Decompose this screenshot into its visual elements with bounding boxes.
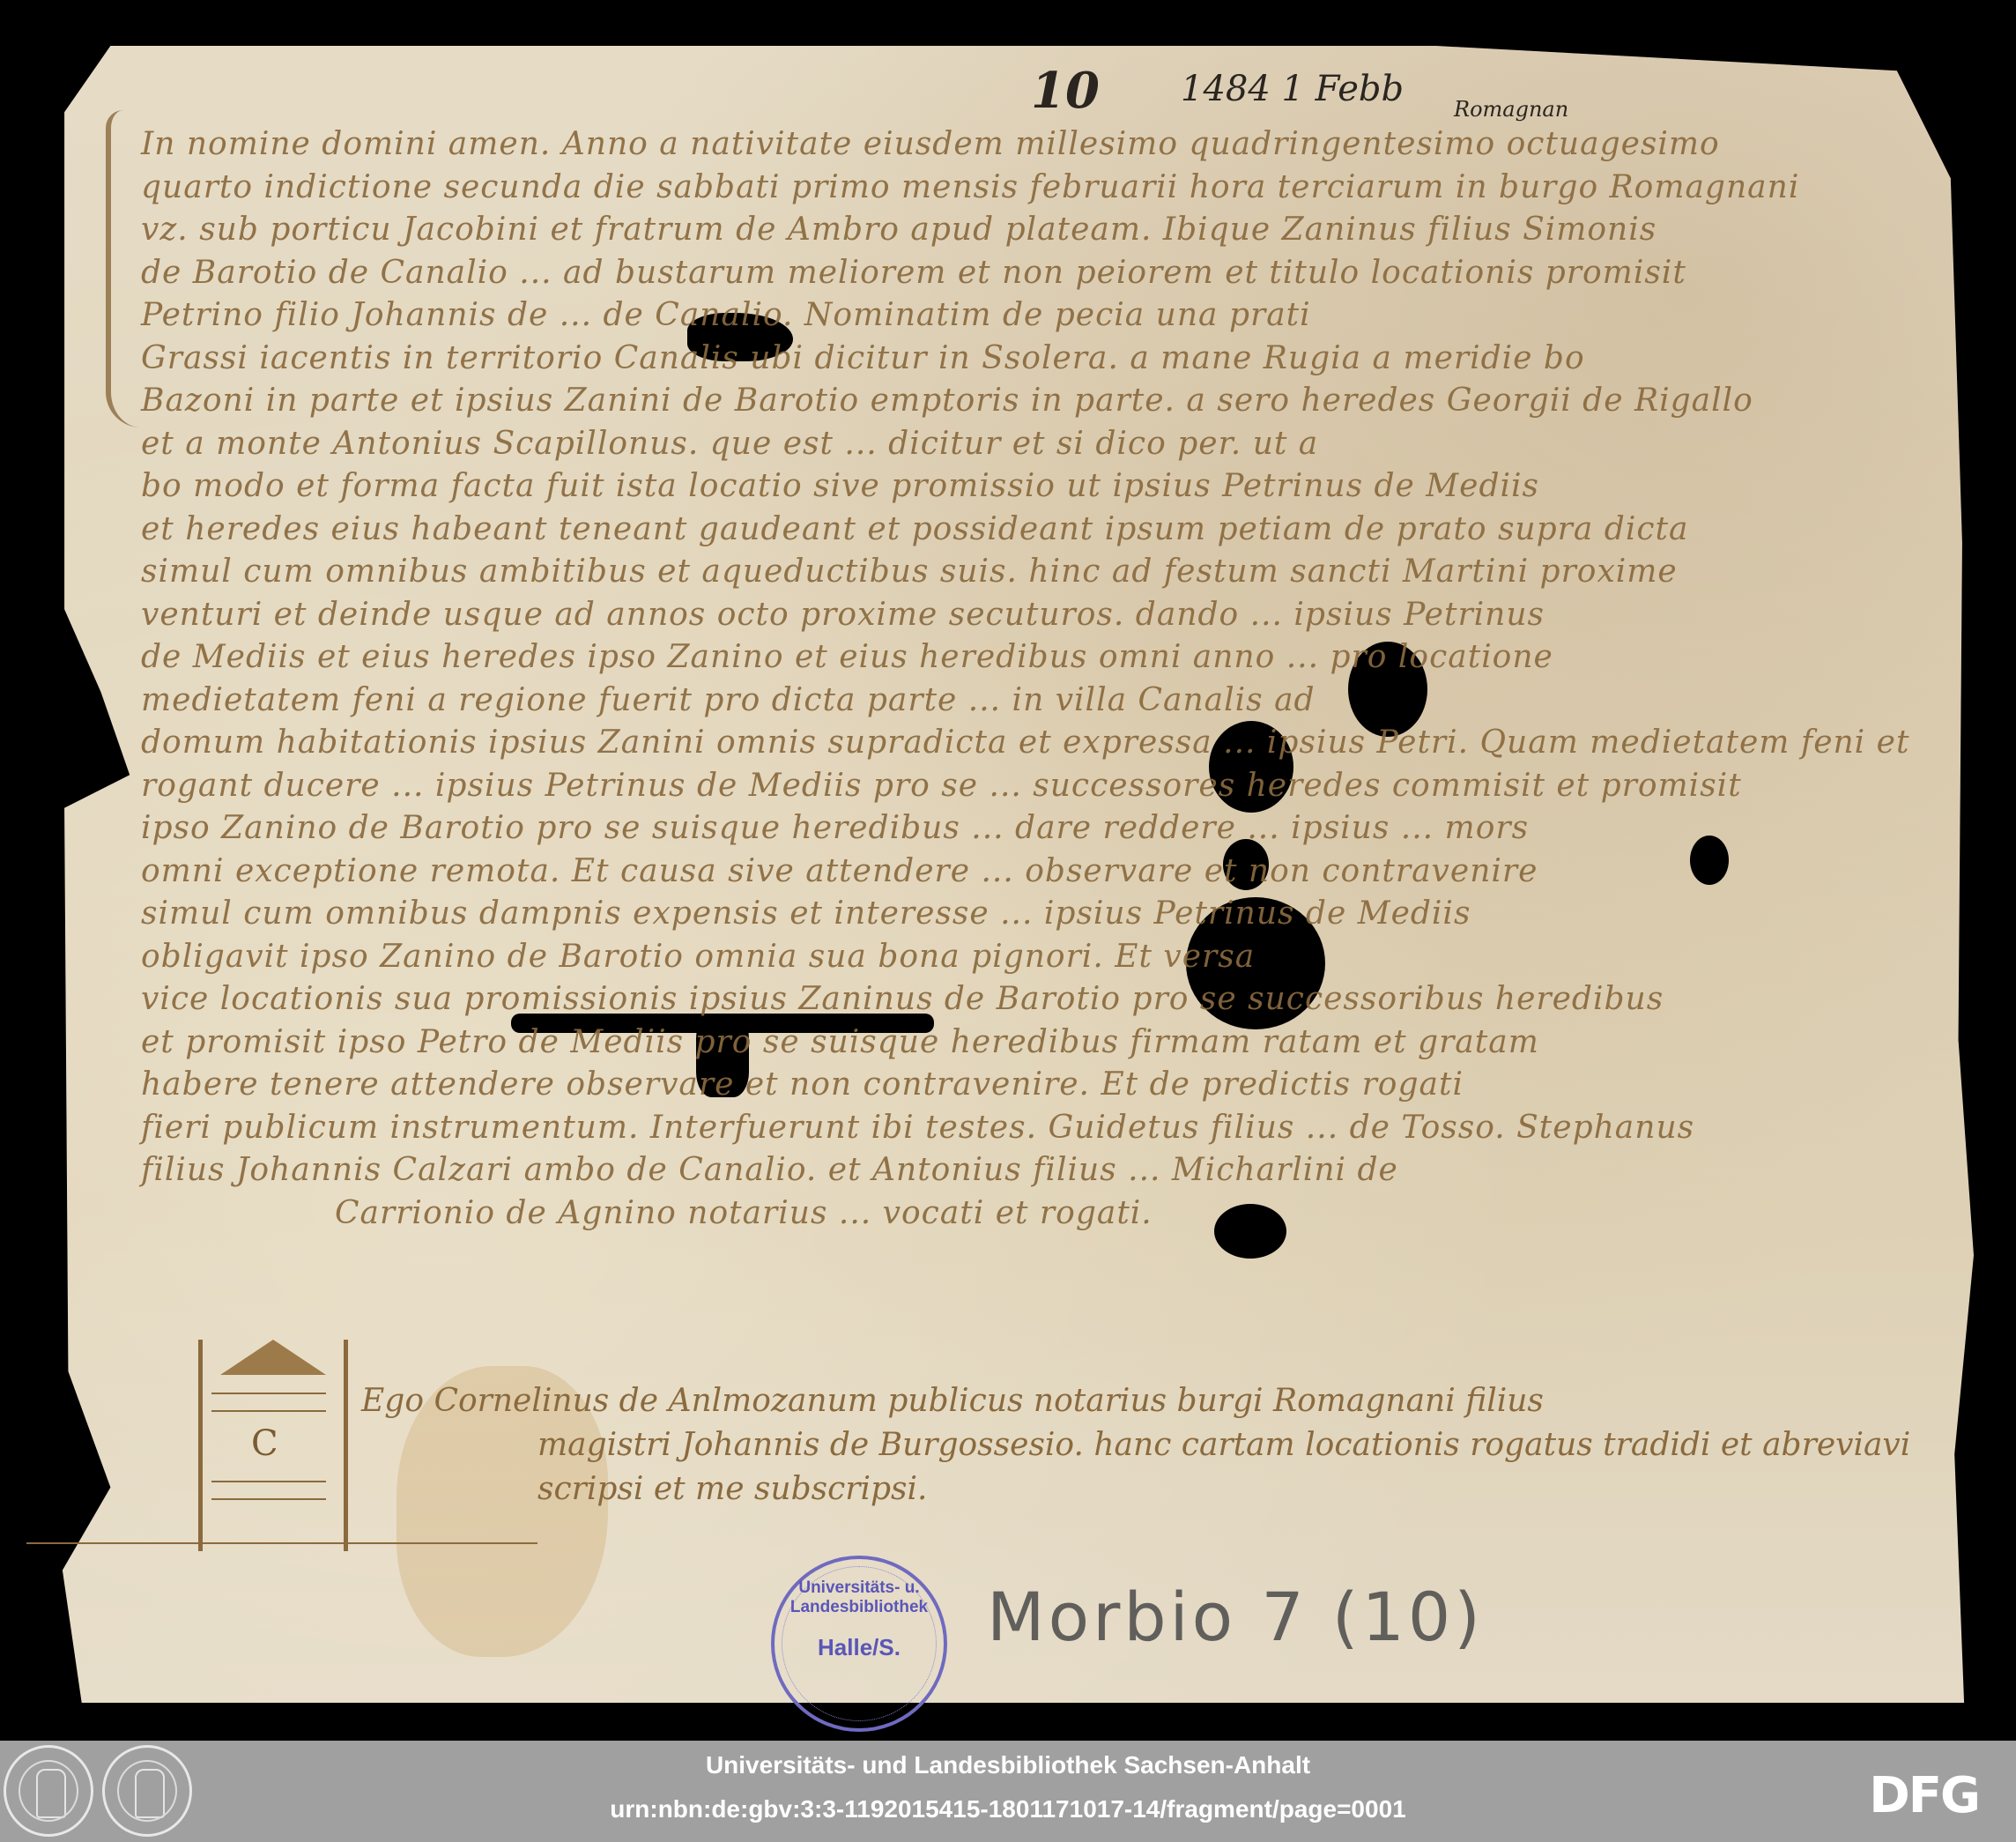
archive-date: 1484 1 Febb xyxy=(1181,69,1404,109)
shelfmark: Morbio 7 (10) xyxy=(987,1578,1484,1656)
text-line: filius Johannis Calzari ambo de Canalio.… xyxy=(141,1149,1956,1192)
document-viewer: 10 1484 1 Febb Romagnan In nomine domini… xyxy=(0,0,2016,1741)
signum-roof xyxy=(220,1340,326,1375)
text-line: omni exceptione remota. Et causa sive at… xyxy=(141,850,1956,894)
text-line: et promisit ipso Petro de Mediis pro se … xyxy=(141,1021,1956,1065)
subscription-line: scripsi et me subscripsi. xyxy=(361,1467,1910,1511)
text-line: vice locationis sua promissionis ipsius … xyxy=(141,978,1956,1021)
text-line: obligavit ipso Zanino de Barotio omnia s… xyxy=(141,936,1956,979)
text-line: de Barotio de Canalio ... ad bustarum me… xyxy=(141,252,1956,295)
dfg-logo-icon: DFG xyxy=(1869,1767,1979,1824)
footer-bar: Universitäts- und Landesbibliothek Sachs… xyxy=(0,1741,2016,1842)
text-line: fieri publicum instrumentum. Interfuerun… xyxy=(141,1107,1956,1150)
text-line: bo modo et forma facta fuit ista locatio… xyxy=(141,465,1956,509)
text-line: domum habitationis ipsius Zanini omnis s… xyxy=(141,722,1956,765)
text-line: habere tenere attendere observare et non… xyxy=(141,1064,1956,1107)
text-line: vz. sub porticu Jacobini et fratrum de A… xyxy=(141,209,1956,252)
archive-number: 10 xyxy=(1031,62,1100,120)
text-line: quarto indictione secunda die sabbati pr… xyxy=(141,167,1956,210)
text-line: de Mediis et eius heredes ipso Zanino et… xyxy=(141,636,1956,680)
signum-letter: C xyxy=(251,1423,278,1464)
library-stamp: Universitäts- u. Landesbibliothek Halle/… xyxy=(771,1556,947,1732)
notary-signum: C xyxy=(198,1340,348,1551)
text-line: Bazoni in parte et ipsius Zanini de Baro… xyxy=(141,380,1956,423)
text-line: venturi et deinde usque ad annos octo pr… xyxy=(141,594,1956,637)
stamp-city: Halle/S. xyxy=(775,1634,944,1661)
text-line: rogant ducere ... ipsius Petrinus de Med… xyxy=(141,765,1956,808)
institution-name: Universitäts- und Landesbibliothek Sachs… xyxy=(0,1751,2016,1779)
text-line: simul cum omnibus ambitibus et aqueducti… xyxy=(141,551,1956,594)
text-line: ipso Zanino de Barotio pro se suisque he… xyxy=(141,807,1956,850)
subscription-line: Ego Cornelinus de Anlmozanum publicus no… xyxy=(361,1379,1910,1423)
text-line: Carrionio de Agnino notarius ... vocati … xyxy=(141,1192,1956,1236)
archive-place: Romagnan xyxy=(1454,97,1568,122)
text-line: simul cum omnibus dampnis expensis et in… xyxy=(141,893,1956,936)
charter-text: In nomine domini amen. Anno a nativitate… xyxy=(141,123,1956,1235)
notary-subscription: Ego Cornelinus de Anlmozanum publicus no… xyxy=(361,1379,1910,1511)
text-line: medietatem feni a regione fuerit pro dic… xyxy=(141,680,1956,723)
text-line: Grassi iacentis in territorio Canalis ub… xyxy=(141,338,1956,381)
text-line: Petrino filio Johannis de ... de Canalio… xyxy=(141,294,1956,338)
text-line: et heredes eius habeant teneant gaudeant… xyxy=(141,509,1956,552)
urn-identifier: urn:nbn:de:gbv:3:3-1192015415-1801171017… xyxy=(0,1795,2016,1823)
text-line: In nomine domini amen. Anno a nativitate… xyxy=(141,123,1956,167)
subscription-line: magistri Johannis de Burgossesio. hanc c… xyxy=(361,1423,1910,1467)
text-line: et a monte Antonius Scapillonus. que est… xyxy=(141,423,1956,466)
stamp-text: Universitäts- u. Landesbibliothek xyxy=(775,1578,944,1617)
